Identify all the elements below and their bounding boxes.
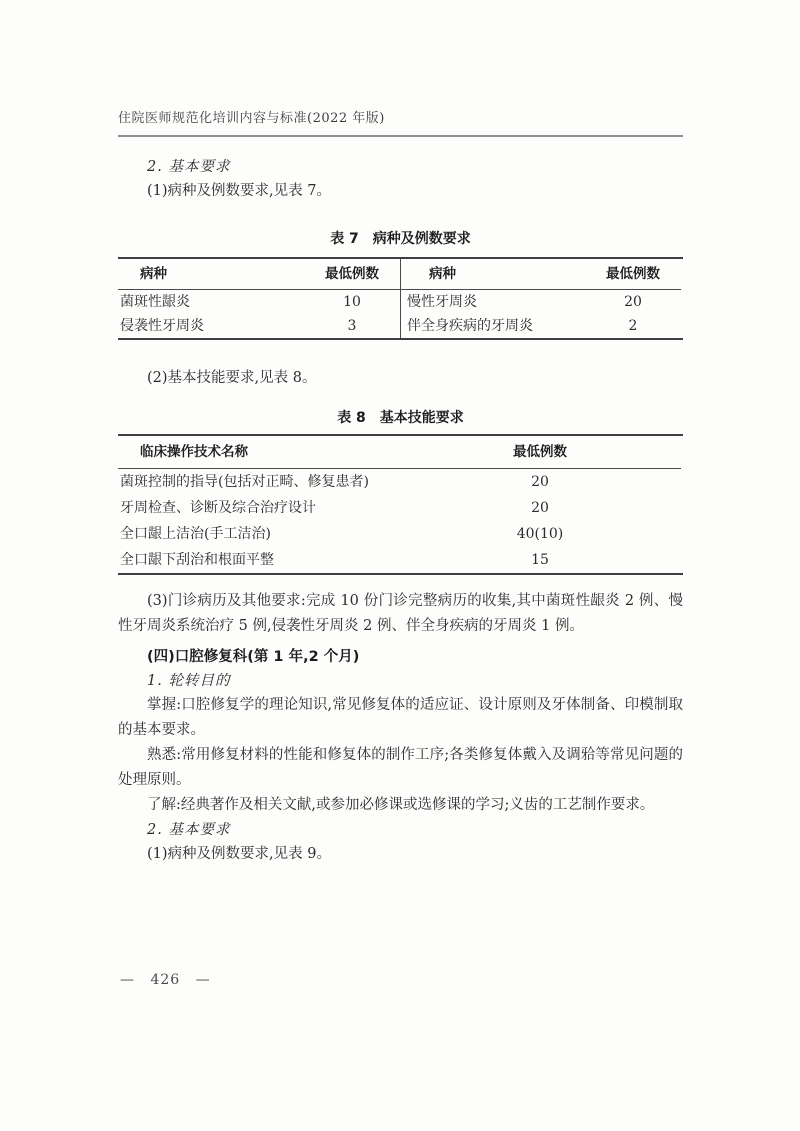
para-rotation-purpose: 1. 轮转目的 — [118, 669, 683, 693]
document-page: 住院医师规范化培训内容与标准(2022 年版) 2. 基本要求 (1)病种及例数… — [0, 0, 800, 1131]
table8-caption: 表 8 基本技能要求 — [118, 408, 683, 428]
para-basic-requirements-1: 2. 基本要求 — [118, 155, 683, 179]
para-master: 掌握:口腔修复学的理论知识,常见修复体的适应证、设计原则及牙体制备、印模制取的基… — [118, 693, 683, 743]
table7-cell: 伴全身疾病的牙周炎 — [400, 314, 585, 338]
para-disease-case-req-table9: (1)病种及例数要求,见表 9。 — [118, 842, 683, 866]
table7-header-cell: 病种 — [400, 259, 585, 290]
table7-cell: 侵袭性牙周炎 — [118, 314, 304, 338]
running-header-title: 住院医师规范化培训内容与标准(2022 年版) — [118, 110, 683, 128]
table8-cell: 牙周检查、诊断及综合治疗设计 — [118, 495, 470, 521]
table8-cell: 菌斑控制的指导(包括对正畸、修复患者) — [118, 469, 470, 495]
table7-header-cell: 最低例数 — [304, 259, 400, 290]
table8-cell: 20 — [470, 469, 610, 495]
para-understand: 了解:经典著作及相关文献,或参加必修课或选修课的学习;义齿的工艺制作要求。 — [118, 793, 683, 818]
table8-cell: 全口龈下刮治和根面平整 — [118, 547, 470, 573]
table8-filler — [610, 495, 681, 521]
table7-cell: 菌斑性龈炎 — [118, 290, 304, 314]
table8-cell: 20 — [470, 495, 610, 521]
para-outpatient-records-req: (3)门诊病历及其他要求:完成 10 份门诊完整病历的收集,其中菌斑性龈炎 2 … — [118, 589, 683, 639]
table7-cell: 2 — [585, 314, 681, 338]
table8-header-cell: 临床操作技术名称 — [118, 436, 470, 469]
para-disease-case-req-table7: (1)病种及例数要求,见表 7。 — [118, 179, 683, 203]
table7-header-cell: 最低例数 — [585, 259, 681, 290]
para-basic-requirements-2: 2. 基本要求 — [118, 818, 683, 842]
para-skill-req-table8: (2)基本技能要求,见表 8。 — [118, 366, 683, 390]
table7-cell: 慢性牙周炎 — [400, 290, 585, 314]
table8-filler — [610, 521, 681, 547]
table8-header-cell: 最低例数 — [470, 436, 610, 469]
table8-filler — [610, 469, 681, 495]
page-number: — 426 — — [120, 972, 211, 988]
table-8: 临床操作技术名称 最低例数 菌斑控制的指导(包括对正畸、修复患者) 20 牙周检… — [118, 434, 683, 575]
table8-cell: 全口龈上洁治(手工洁治) — [118, 521, 470, 547]
table7-cell: 3 — [304, 314, 400, 338]
header-rule — [118, 135, 683, 137]
table-7: 病种 最低例数 病种 最低例数 菌斑性龈炎 10 慢性牙周炎 20 侵袭性牙周炎… — [118, 257, 683, 340]
table7-cell: 20 — [585, 290, 681, 314]
page-content: 住院医师规范化培训内容与标准(2022 年版) 2. 基本要求 (1)病种及例数… — [118, 0, 683, 866]
table8-header-filler — [610, 436, 681, 469]
table8-cell: 15 — [470, 547, 610, 573]
section-heading-prosthodontics: (四)口腔修复科(第 1 年,2 个月) — [118, 645, 683, 669]
table7-caption: 表 7 病种及例数要求 — [118, 229, 683, 249]
table7-header-cell: 病种 — [118, 259, 304, 290]
table8-cell: 40(10) — [470, 521, 610, 547]
table7-cell: 10 — [304, 290, 400, 314]
para-familiar: 熟悉:常用修复材料的性能和修复体的制作工序;各类修复体戴入及调𬌗等常见问题的处理… — [118, 743, 683, 793]
table8-filler — [610, 547, 681, 573]
